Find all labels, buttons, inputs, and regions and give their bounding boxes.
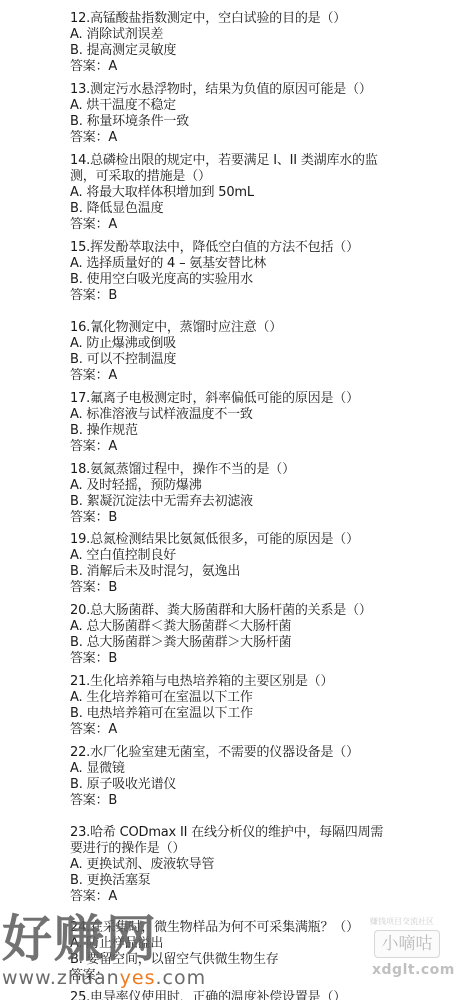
question-text: 16.氰化物测定中，蒸馏时应注意（）	[70, 320, 390, 336]
option-b: B. 降低显色温度	[70, 201, 390, 217]
question-block-20: 20.总大肠菌群、粪大肠菌群和大肠杆菌的关系是（）A. 总大肠菌群＜粪大肠菌群＜…	[70, 603, 390, 667]
answer-line: 答案：B	[70, 288, 390, 304]
option-a: A. 标准溶液与试样液温度不一致	[70, 407, 390, 423]
option-a: A. 更换试剂、废液软导管	[70, 857, 390, 873]
question-block-12: 12.高锰酸盐指数测定中，空白试验的目的是（）A. 消除试剂误差B. 提高测定灵…	[70, 11, 390, 75]
answer-line: 答案：A	[70, 130, 390, 146]
option-a: A. 总大肠菌群＜粪大肠菌群＜大肠杆菌	[70, 619, 390, 635]
answer-line: 答案：A	[70, 889, 390, 905]
answer-line: 答案：B	[70, 580, 390, 596]
question-block-14: 14.总磷检出限的规定中，若要满足 I、II 类湖库水的监测，可采取的措施是（）…	[70, 153, 390, 233]
option-b: B. 要留空间，以留空气供微生物生存	[70, 952, 390, 968]
option-a: A. 烘干温度不稳定	[70, 98, 390, 114]
question-block-25: 25.电导率仪使用时，正确的温度补偿设置是（）	[70, 990, 390, 1000]
answer-line: 答案：A	[70, 368, 390, 384]
question-text: 14.总磷检出限的规定中，若要满足 I、II 类湖库水的监	[70, 153, 390, 169]
option-b: B. 可以不控制温度	[70, 352, 390, 368]
option-b: B. 电热培养箱可在室温以下工作	[70, 706, 390, 722]
option-b: B. 提高测定灵敏度	[70, 43, 390, 59]
question-block-23: 23.哈希 CODmax II 在线分析仪的维护中，每隔四周需要进行的操作是（）…	[70, 825, 390, 905]
question-text: 22.水厂化验室建无菌室，不需要的仪器设备是（）	[70, 745, 390, 761]
option-a: A. 及时轻摇，预防爆沸	[70, 478, 390, 494]
option-a: A. 将最大取样体积增加到 50mL	[70, 185, 390, 201]
option-b: B. 操作规范	[70, 423, 390, 439]
option-a: A. 选择质量好的 4 – 氨基安替比林	[70, 256, 390, 272]
answer-line: 答案：A	[70, 439, 390, 455]
answer-line: 答案：A	[70, 59, 390, 75]
option-a: A. 防止爆沸或倒吸	[70, 336, 390, 352]
question-block-15: 15.挥发酚萃取法中，降低空白值的方法不包括（）A. 选择质量好的 4 – 氨基…	[70, 240, 390, 304]
question-text: 要进行的操作是（）	[70, 841, 390, 857]
question-text: 18.氨氮蒸馏过程中，操作不当的是（）	[70, 462, 390, 478]
question-text: 12.高锰酸盐指数测定中，空白试验的目的是（）	[70, 11, 390, 27]
option-b: B. 使用空白吸光度高的实验用水	[70, 272, 390, 288]
option-a: A. 防止样品溢出	[70, 936, 390, 952]
answer-line: 答案：A	[70, 722, 390, 738]
option-a: A. 消除试剂误差	[70, 27, 390, 43]
question-text: 17.氟离子电极测定时，斜率偏低可能的原因是（）	[70, 391, 390, 407]
question-block-24: 24.在采集时，微生物样品为何不可采集满瓶？（）A. 防止样品溢出B. 要留空间…	[70, 920, 390, 984]
question-text: 24.在采集时，微生物样品为何不可采集满瓶？（）	[70, 920, 390, 936]
question-block-17: 17.氟离子电极测定时，斜率偏低可能的原因是（）A. 标准溶液与试样液温度不一致…	[70, 391, 390, 455]
option-b: B. 总大肠菌群＞粪大肠菌群＞大肠杆菌	[70, 635, 390, 651]
answer-line: 答案：B	[70, 793, 390, 809]
option-b: B. 消解后未及时混匀，氨逸出	[70, 564, 390, 580]
answer-line: 答案：B	[70, 651, 390, 667]
question-text: 23.哈希 CODmax II 在线分析仪的维护中，每隔四周需	[70, 825, 390, 841]
question-block-19: 19.总氮检测结果比氨氮低很多，可能的原因是（）A. 空白值控制良好B. 消解后…	[70, 532, 390, 596]
answer-line: 答案：A	[70, 217, 390, 233]
option-a: A. 显微镜	[70, 761, 390, 777]
question-text: 13.测定污水悬浮物时，结果为负值的原因可能是（）	[70, 82, 390, 98]
question-block-22: 22.水厂化验室建无菌室，不需要的仪器设备是（）A. 显微镜B. 原子吸收光谱仪…	[70, 745, 390, 809]
question-text: 15.挥发酚萃取法中，降低空白值的方法不包括（）	[70, 240, 390, 256]
exam-question-document: 12.高锰酸盐指数测定中，空白试验的目的是（）A. 消除试剂误差B. 提高测定灵…	[0, 0, 460, 1000]
question-block-16: 16.氰化物测定中，蒸馏时应注意（）A. 防止爆沸或倒吸B. 可以不控制温度答案…	[70, 320, 390, 384]
question-block-13: 13.测定污水悬浮物时，结果为负值的原因可能是（）A. 烘干温度不稳定B. 称量…	[70, 82, 390, 146]
option-b: B. 更换活塞泵	[70, 873, 390, 889]
question-text: 测，可采取的措施是（）	[70, 169, 390, 185]
answer-line: 答案：	[70, 968, 390, 984]
question-text: 21.生化培养箱与电热培养箱的主要区别是（）	[70, 674, 390, 690]
question-block-18: 18.氨氮蒸馏过程中，操作不当的是（）A. 及时轻摇，预防爆沸B. 絮凝沉淀法中…	[70, 462, 390, 526]
answer-line: 答案：B	[70, 510, 390, 526]
question-block-21: 21.生化培养箱与电热培养箱的主要区别是（）A. 生化培养箱可在室温以下工作B.…	[70, 674, 390, 738]
option-b: B. 称量环境条件一致	[70, 114, 390, 130]
question-text: 20.总大肠菌群、粪大肠菌群和大肠杆菌的关系是（）	[70, 603, 390, 619]
question-text: 19.总氮检测结果比氨氮低很多，可能的原因是（）	[70, 532, 390, 548]
option-a: A. 空白值控制良好	[70, 548, 390, 564]
option-b: B. 原子吸收光谱仪	[70, 777, 390, 793]
option-a: A. 生化培养箱可在室温以下工作	[70, 690, 390, 706]
question-text: 25.电导率仪使用时，正确的温度补偿设置是（）	[70, 990, 390, 1000]
option-b: B. 絮凝沉淀法中无需弃去初滤液	[70, 494, 390, 510]
